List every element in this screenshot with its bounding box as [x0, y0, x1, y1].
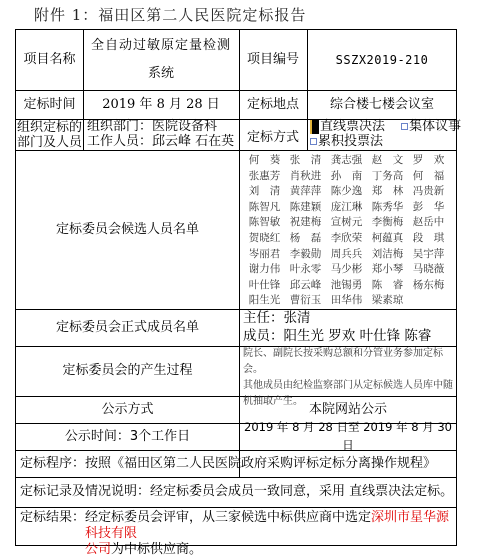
method-option-cumulative[interactable]: 累积投票法	[310, 134, 383, 149]
candidate-name: 陈少逸	[326, 184, 367, 200]
organizer-label: 组织定标的 部门及人员	[16, 119, 83, 150]
candidate-name: 陈智凡	[244, 200, 285, 216]
candidates-label: 定标委员会候选人员名单	[16, 150, 239, 309]
candidate-name: 祝建梅	[285, 215, 326, 231]
bid-time-value: 2019 年 8 月 28 日	[83, 90, 239, 119]
candidate-name: 谢力伟	[244, 262, 285, 278]
candidate-name: 龚志强	[326, 153, 367, 169]
candidate-name: 郑小琴	[367, 262, 408, 278]
candidate-name: 陈智敏	[244, 215, 285, 231]
candidate-name: 叶永零	[285, 262, 326, 278]
organizer-staff: 工作人员：邱云峰 石在英	[87, 134, 234, 149]
candidate-name: 田华伟	[326, 293, 367, 309]
candidate-name: 陈 睿	[367, 278, 408, 294]
candidate-name: 杨东梅	[408, 278, 449, 294]
candidate-name: 冯贵新	[408, 184, 449, 200]
project-name-line1: 全自动过敏原定量检测	[91, 32, 231, 60]
project-name-label: 项目名称	[16, 30, 83, 90]
committee-director: 主任：张清	[243, 309, 311, 327]
procedure-text: 定标程序：按照《福田区第二人民医院政府采购评标定标分离操作规程》	[16, 450, 457, 477]
candidate-name: 杨 磊	[285, 231, 326, 247]
candidate-name: 刘洁梅	[367, 247, 408, 263]
candidate-name: 段 琪	[408, 231, 449, 247]
organizer-dept: 组织部门：医院设备科	[87, 119, 217, 134]
result-text-before: 经定标委员会评审，从三家候选中标供应商中选定	[85, 510, 371, 525]
candidate-name: 何 福	[408, 169, 449, 185]
organizer-label-line2: 部门及人员	[17, 135, 82, 150]
project-name-line2: 系统	[148, 60, 174, 88]
candidate-name: 贺晓红	[244, 231, 285, 247]
bid-report-table: 项目名称 全自动过敏原定量检测 系统 项目编号 SSZX2019-210 定标时…	[15, 29, 457, 546]
candidate-name: 赵岳中	[408, 215, 449, 231]
candidate-name: 肖秋进	[285, 169, 326, 185]
committee-label: 定标委员会正式成员名单	[16, 309, 239, 346]
candidate-name: 孙 南	[326, 169, 367, 185]
document-title: 附件 1：福田区第二人民医院定标报告	[34, 4, 306, 25]
candidate-name: 柯蕴真	[367, 231, 408, 247]
organizer-label-line1: 组织定标的	[17, 120, 82, 135]
publicity-method-label: 公示方式	[16, 396, 239, 423]
committee-members: 主任：张清 成员：阳生光 罗欢 叶仕锋 陈睿	[239, 309, 457, 346]
candidate-name: 刘 清	[244, 184, 285, 200]
candidate-name: 李衡梅	[367, 215, 408, 231]
candidate-name: 陈建颖	[285, 200, 326, 216]
candidate-name: 马少彬	[326, 262, 367, 278]
result-prefix: 定标结果：	[20, 510, 85, 558]
checkbox-icon[interactable]	[310, 138, 317, 145]
result-block: 定标结果： 经定标委员会评审，从三家候选中标供应商中选定深圳市星华源科技有限公司…	[16, 507, 457, 545]
bid-method-label: 定标方式	[239, 119, 307, 150]
project-name-value: 全自动过敏原定量检测 系统	[83, 30, 239, 90]
winner-name-cont: 公司	[85, 542, 111, 557]
candidate-name: 张 清	[285, 153, 326, 169]
bid-place-value: 综合楼七楼会议室	[307, 90, 457, 119]
candidates-list: 何 葵张 清龚志强赵 文罗 欢张惠芳肖秋进孙 南丁务高何 福刘 清黄萍萍陈少逸郑…	[239, 150, 457, 309]
candidate-name: 庞江琳	[326, 200, 367, 216]
candidate-name: 叶仕锋	[244, 278, 285, 294]
candidate-name: 周兵兵	[326, 247, 367, 263]
candidate-name: 何 葵	[244, 153, 285, 169]
candidate-name: 张惠芳	[244, 169, 285, 185]
checkbox-icon[interactable]	[401, 123, 408, 130]
publicity-time-label: 公示时间：3个工作日	[16, 423, 239, 450]
candidate-name: 郑 林	[367, 184, 408, 200]
candidate-name: 黄萍萍	[285, 184, 326, 200]
bid-time-label: 定标时间	[16, 90, 83, 119]
candidate-name: 罗 欢	[408, 153, 449, 169]
candidate-names-grid: 何 葵张 清龚志强赵 文罗 欢张惠芳肖秋进孙 南丁务高何 福刘 清黄萍萍陈少逸郑…	[244, 153, 449, 309]
candidate-name: 池锡勇	[326, 278, 367, 294]
candidate-name: 李欣荣	[326, 231, 367, 247]
publicity-time-value: 2019 年 8 月 28 日至 2019 年 8 月 30 日	[239, 423, 457, 450]
formation-text-line: 院长、副院长按采购总额和分管业务参加定标会。	[243, 346, 457, 378]
candidate-name: 丁务高	[367, 169, 408, 185]
project-code-label: 项目编号	[239, 30, 307, 90]
method-option-collective[interactable]: 集体议事	[401, 119, 461, 134]
candidate-name: 吴宇萍	[408, 247, 449, 263]
candidate-name: 阳生光	[244, 293, 285, 309]
method-option-direct-vote[interactable]: 直线票决法	[310, 119, 385, 134]
formation-text: 院长、副院长按采购总额和分管业务参加定标会。 其他成员由纪检监察部门从定标候选人…	[239, 346, 457, 396]
formation-text-line: 其他成员由纪检监察部门从定标候选人员库中随	[243, 378, 453, 394]
candidate-name: 曹衍玉	[285, 293, 326, 309]
project-code-value: SSZX2019-210	[307, 30, 457, 90]
result-text-after: 为中标供应商。	[111, 542, 202, 557]
candidate-name: 彭 华	[408, 200, 449, 216]
candidate-name: 李毅勋	[285, 247, 326, 263]
bid-method-options: 直线票决法 集体议事 累积投票法	[307, 119, 457, 150]
bid-place-label: 定标地点	[239, 90, 307, 119]
candidate-name: 马晓薇	[408, 262, 449, 278]
candidate-name: 陈秀华	[367, 200, 408, 216]
organizer-info: 组织部门：医院设备科 工作人员：邱云峰 石在英	[83, 119, 239, 150]
checkbox-checked-icon[interactable]	[310, 120, 319, 134]
candidate-name: 宣树元	[326, 215, 367, 231]
candidate-name: 梁素琼	[367, 293, 408, 309]
formation-label: 定标委员会的产生过程	[16, 346, 239, 396]
record-text: 定标记录及情况说明：经定标委员会成员一致同意，采用 直线票决法定标。	[16, 477, 457, 507]
committee-member-list: 成员：阳生光 罗欢 叶仕锋 陈睿	[243, 327, 431, 345]
result-text: 经定标委员会评审，从三家候选中标供应商中选定深圳市星华源科技有限公司为中标供应商…	[85, 510, 457, 558]
candidate-name: 邱云峰	[285, 278, 326, 294]
candidate-name: 赵 文	[367, 153, 408, 169]
candidate-name: 岑丽君	[244, 247, 285, 263]
